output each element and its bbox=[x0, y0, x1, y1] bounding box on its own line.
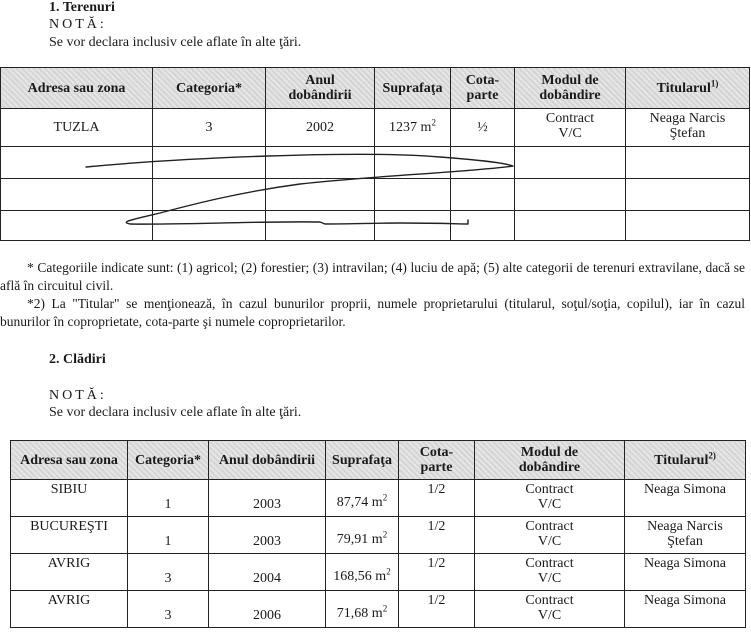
col-header-modul: Modul dedobândire bbox=[475, 441, 625, 480]
col-header-categoria: Categoria* bbox=[153, 68, 266, 109]
cell-text: V/C bbox=[538, 571, 561, 586]
cell-cota: 1/2 bbox=[399, 517, 475, 554]
cell-cota: 1/2 bbox=[399, 554, 475, 591]
cell-text: Neaga Simona bbox=[644, 556, 726, 571]
table-row: TUZLA 3 2002 1237 m2 ½ ContractV/C Neaga… bbox=[1, 109, 750, 147]
col-header-titularul: Titularul1) bbox=[626, 68, 750, 109]
cell-modul: ContractV/C bbox=[475, 591, 625, 628]
cell-categoria: 1 bbox=[128, 480, 209, 517]
cell-cota: 1/2 bbox=[399, 480, 475, 517]
buildings-table: Adresa sau zona Categoria* Anul dobândir… bbox=[10, 440, 746, 628]
empty-cell bbox=[375, 179, 451, 211]
section-1-title: 1. Terenuri bbox=[49, 0, 115, 16]
cell-anul: 2003 bbox=[209, 480, 326, 517]
header-text: Modul de bbox=[521, 445, 578, 460]
col-header-anul: Anuldobândirii bbox=[266, 68, 375, 109]
cell-adresa: TUZLA bbox=[1, 109, 153, 147]
cell-categoria: 3 bbox=[128, 554, 209, 591]
empty-cell bbox=[153, 179, 266, 211]
section-2-nota-text: Se vor declara inclusiv cele aflate în a… bbox=[49, 405, 301, 421]
cell-adresa: AVRIG bbox=[11, 554, 128, 591]
section-1-nota-label: NOTĂ: bbox=[49, 17, 107, 33]
cell-suprafata: 71,68 m2 bbox=[326, 591, 399, 628]
empty-cell bbox=[1, 147, 153, 179]
cell-anul: 2004 bbox=[209, 554, 326, 591]
cell-anul: 2002 bbox=[266, 109, 375, 147]
table-header-row: Adresa sau zona Categoria* Anul dobândir… bbox=[11, 441, 746, 480]
cell-text: Neaga Simona bbox=[644, 482, 726, 497]
empty-cell bbox=[515, 179, 626, 211]
empty-cell bbox=[153, 211, 266, 241]
cell-text: Ştefan bbox=[667, 534, 703, 549]
cell-text: Contract bbox=[525, 519, 573, 534]
empty-cell bbox=[626, 147, 750, 179]
col-header-modul: Modul dedobândire bbox=[515, 68, 626, 109]
cell-suprafata: 87,74 m2 bbox=[326, 480, 399, 517]
table-row: SIBIU 1 2003 87,74 m2 1/2 ContractV/C Ne… bbox=[11, 480, 746, 517]
cell-anul: 2006 bbox=[209, 591, 326, 628]
section-2-nota-label: NOTĂ: bbox=[49, 388, 107, 404]
empty-cell bbox=[451, 211, 515, 241]
empty-cell bbox=[451, 147, 515, 179]
header-text: parte bbox=[421, 460, 453, 475]
empty-cell bbox=[626, 179, 750, 211]
footnote-marker: 1) bbox=[711, 78, 719, 88]
cell-text: 1237 m bbox=[389, 120, 431, 135]
empty-cell bbox=[266, 147, 375, 179]
col-header-adresa: Adresa sau zona bbox=[11, 441, 128, 480]
header-text: Titularul bbox=[657, 81, 711, 96]
cell-modul: ContractV/C bbox=[475, 554, 625, 591]
cell-adresa: AVRIG bbox=[11, 591, 128, 628]
cell-modul: ContractV/C bbox=[475, 517, 625, 554]
cell-adresa: BUCUREŞTI bbox=[11, 517, 128, 554]
cell-text: V/C bbox=[558, 126, 581, 141]
land-table: Adresa sau zona Categoria* Anuldobândiri… bbox=[0, 67, 750, 241]
cell-text: V/C bbox=[538, 534, 561, 549]
cell-categoria: 3 bbox=[153, 109, 266, 147]
cell-suprafata: 168,56 m2 bbox=[326, 554, 399, 591]
col-header-titularul: Titularul2) bbox=[625, 441, 746, 480]
col-header-cota: Cota-parte bbox=[451, 68, 515, 109]
empty-cell bbox=[153, 147, 266, 179]
cell-modul: ContractV/C bbox=[515, 109, 626, 147]
cell-titular: Neaga Simona bbox=[625, 554, 746, 591]
cell-adresa: SIBIU bbox=[11, 480, 128, 517]
unit-exponent: 2 bbox=[383, 492, 388, 502]
header-text: dobândire bbox=[539, 88, 600, 103]
unit-exponent: 2 bbox=[383, 603, 388, 613]
unit-exponent: 2 bbox=[431, 117, 436, 127]
cell-text: Neaga Narcis bbox=[647, 519, 723, 534]
cell-categoria: 1 bbox=[128, 517, 209, 554]
table-row: AVRIG 3 2006 71,68 m2 1/2 ContractV/C Ne… bbox=[11, 591, 746, 628]
cell-text: 87,74 m bbox=[337, 495, 383, 510]
empty-cell bbox=[1, 179, 153, 211]
cell-categoria: 3 bbox=[128, 591, 209, 628]
cell-text: Contract bbox=[525, 482, 573, 497]
unit-exponent: 2 bbox=[386, 566, 391, 576]
col-header-anul: Anul dobândirii bbox=[209, 441, 326, 480]
empty-cell bbox=[375, 147, 451, 179]
cell-cota: 1/2 bbox=[399, 591, 475, 628]
empty-cell bbox=[451, 179, 515, 211]
cell-text: Contract bbox=[525, 593, 573, 608]
cell-modul: ContractV/C bbox=[475, 480, 625, 517]
section-1-nota-text: Se vor declara inclusiv cele aflate în a… bbox=[49, 35, 301, 51]
header-text: parte bbox=[467, 88, 499, 103]
cell-cota: ½ bbox=[451, 109, 515, 147]
cell-text: 168,56 m bbox=[333, 569, 386, 584]
col-header-suprafata: Suprafaţa bbox=[375, 68, 451, 109]
empty-row bbox=[1, 179, 750, 211]
empty-cell bbox=[266, 211, 375, 241]
cell-text: Ştefan bbox=[670, 126, 706, 141]
cell-titular: Neaga Simona bbox=[625, 480, 746, 517]
cell-text: V/C bbox=[538, 497, 561, 512]
col-header-categoria: Categoria* bbox=[128, 441, 209, 480]
empty-row bbox=[1, 147, 750, 179]
col-header-adresa: Adresa sau zona bbox=[1, 68, 153, 109]
cell-titular: Neaga NarcisŞtefan bbox=[625, 517, 746, 554]
table-header-row: Adresa sau zona Categoria* Anuldobândiri… bbox=[1, 68, 750, 109]
col-header-cota: Cota-parte bbox=[399, 441, 475, 480]
empty-cell bbox=[266, 179, 375, 211]
header-text: Anul bbox=[305, 73, 335, 88]
header-text: Titularul bbox=[654, 453, 708, 468]
section-2-title: 2. Clădiri bbox=[49, 352, 106, 368]
empty-cell bbox=[515, 147, 626, 179]
cell-suprafata: 79,91 m2 bbox=[326, 517, 399, 554]
empty-row bbox=[1, 211, 750, 241]
table-row: AVRIG 3 2004 168,56 m2 1/2 ContractV/C N… bbox=[11, 554, 746, 591]
cell-text: Neaga Simona bbox=[644, 593, 726, 608]
cell-text: Neaga Narcis bbox=[650, 111, 726, 126]
header-text: Modul de bbox=[541, 73, 598, 88]
header-text: dobândirii bbox=[288, 88, 351, 103]
cell-text: 79,91 m bbox=[337, 532, 383, 547]
empty-cell bbox=[375, 211, 451, 241]
empty-cell bbox=[515, 211, 626, 241]
table-row: BUCUREŞTI 1 2003 79,91 m2 1/2 ContractV/… bbox=[11, 517, 746, 554]
footnote-titular: *2) La "Titular" se menţionează, în cazu… bbox=[0, 295, 745, 331]
cell-text: 71,68 m bbox=[337, 606, 383, 621]
header-text: Cota- bbox=[466, 73, 499, 88]
col-header-suprafata: Suprafaţa bbox=[326, 441, 399, 480]
cell-text: Contract bbox=[546, 111, 594, 126]
empty-cell bbox=[1, 211, 153, 241]
unit-exponent: 2 bbox=[383, 529, 388, 539]
footnote-categorii: * Categoriile indicate sunt: (1) agricol… bbox=[0, 259, 745, 295]
cell-titular: Neaga Simona bbox=[625, 591, 746, 628]
cell-titular: Neaga NarcisŞtefan bbox=[626, 109, 750, 147]
footnote-marker: 2) bbox=[708, 450, 716, 460]
cell-text: V/C bbox=[538, 608, 561, 623]
header-text: dobândire bbox=[519, 460, 580, 475]
empty-cell bbox=[626, 211, 750, 241]
cell-suprafata: 1237 m2 bbox=[375, 109, 451, 147]
cell-text: Contract bbox=[525, 556, 573, 571]
cell-anul: 2003 bbox=[209, 517, 326, 554]
header-text: Cota- bbox=[420, 445, 453, 460]
